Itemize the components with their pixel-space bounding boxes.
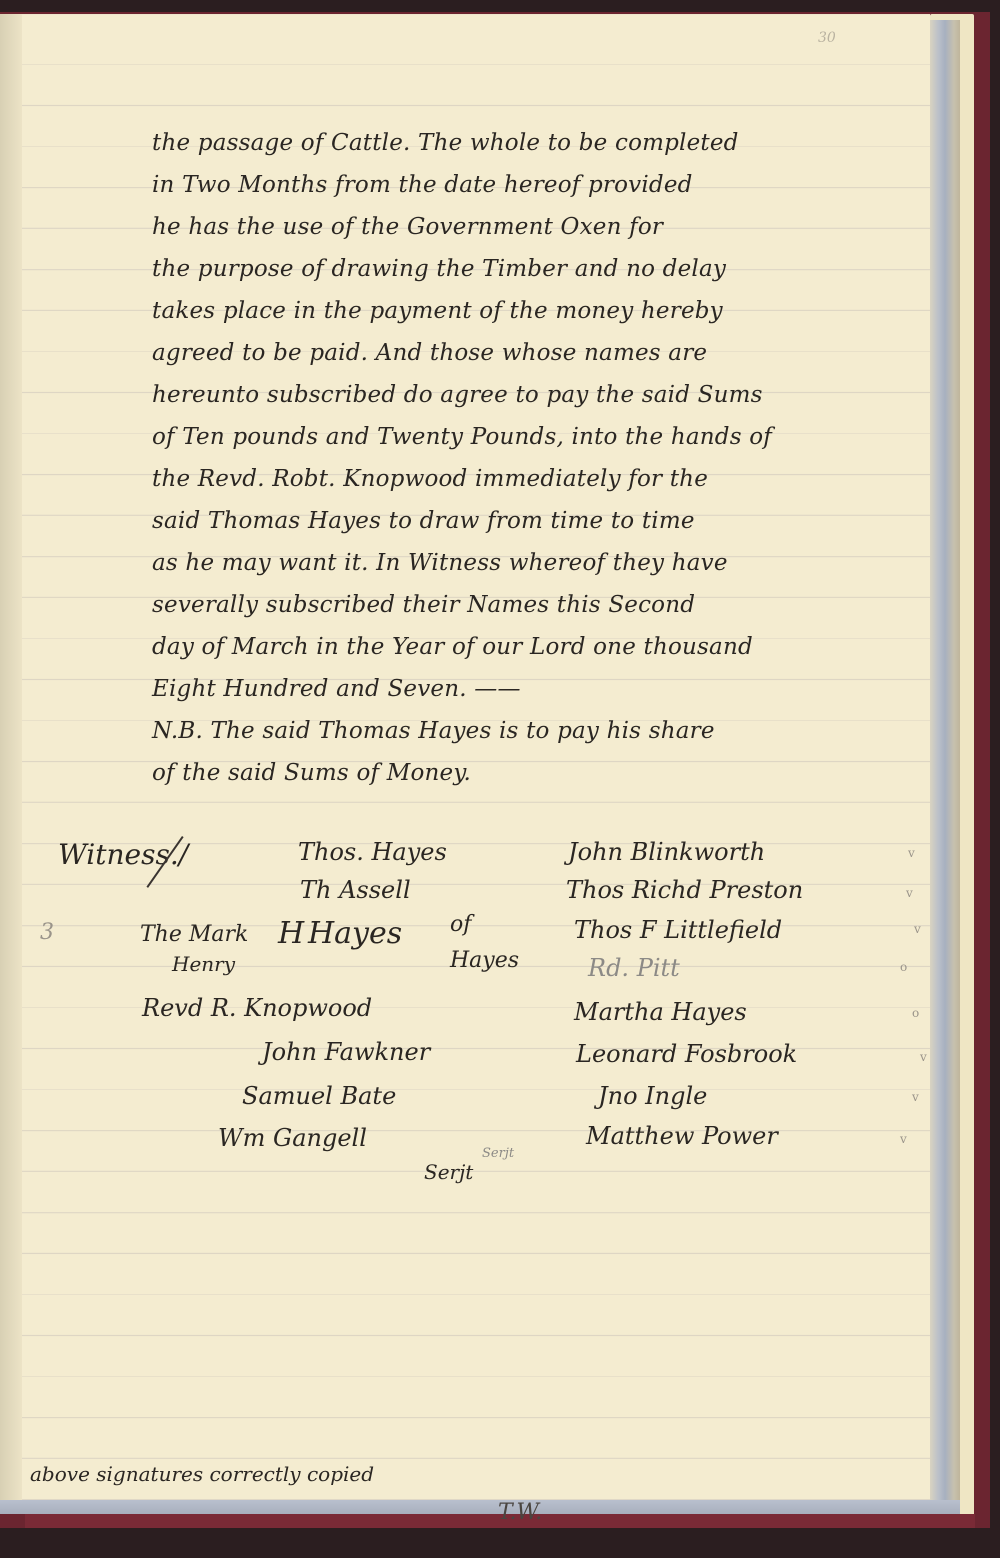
tick-mark: v bbox=[908, 846, 915, 860]
body-line: severally subscribed their Names this Se… bbox=[152, 592, 695, 618]
mark-symbol: H bbox=[278, 916, 304, 951]
body-line: said Thomas Hayes to draw from time to t… bbox=[152, 508, 695, 534]
body-line: of Ten pounds and Twenty Pounds, into th… bbox=[152, 424, 772, 450]
mark-of: of bbox=[450, 912, 471, 937]
signature-right: Rd. Pitt bbox=[588, 954, 680, 982]
tick-mark: v bbox=[900, 1132, 907, 1146]
body-line: hereunto subscribed do agree to pay the … bbox=[152, 382, 763, 408]
body-line: of the said Sums of Money. bbox=[152, 760, 471, 786]
body-line: the Revd. Robt. Knopwood immediately for… bbox=[152, 466, 708, 492]
signature-thos-hayes: Thos. Hayes bbox=[298, 838, 447, 866]
signature-revd-knopwood: Revd R. Knopwood bbox=[142, 994, 372, 1022]
signature-th-assell: Th Assell bbox=[300, 876, 411, 904]
mark-henry: Henry bbox=[172, 952, 235, 976]
footer-initials: T.W. bbox=[498, 1500, 542, 1525]
signature-right: Thos F Littlefield bbox=[574, 916, 782, 944]
mark-label: The Mark bbox=[140, 922, 248, 947]
page-stack-right bbox=[930, 20, 960, 1500]
body-line: takes place in the payment of the money … bbox=[152, 298, 723, 324]
signature-john-fawkner: John Fawkner bbox=[262, 1038, 430, 1066]
body-line: he has the use of the Government Oxen fo… bbox=[152, 214, 663, 240]
body-line: agreed to be paid. And those whose names… bbox=[152, 340, 707, 366]
page-number: 30 bbox=[818, 30, 836, 46]
body-line: day of March in the Year of our Lord one… bbox=[152, 634, 753, 660]
cover-right-edge bbox=[990, 0, 1000, 1558]
signature-hayes-mark: Hayes bbox=[308, 916, 402, 951]
body-line: in Two Months from the date hereof provi… bbox=[152, 172, 693, 198]
cover-top-edge bbox=[0, 0, 1000, 12]
margin-mark: 3 bbox=[40, 920, 54, 945]
page-gutter bbox=[0, 14, 22, 1500]
tick-mark: v bbox=[912, 1090, 919, 1104]
signature-serjt: Serjt bbox=[424, 1160, 473, 1184]
tick-mark: v bbox=[906, 886, 913, 900]
body-line: the purpose of drawing the Timber and no… bbox=[152, 256, 726, 282]
mark-hayes-second: Hayes bbox=[450, 948, 519, 973]
signature-samuel-bate: Samuel Bate bbox=[242, 1082, 396, 1110]
tick-mark: o bbox=[900, 960, 907, 974]
body-line: Eight Hundred and Seven. —— bbox=[152, 676, 521, 702]
body-line: N.B. The said Thomas Hayes is to pay his… bbox=[152, 718, 715, 744]
signature-wm-gangell: Wm Gangell bbox=[218, 1124, 367, 1152]
signature-right: John Blinkworth bbox=[568, 838, 765, 866]
body-line: as he may want it. In Witness whereof th… bbox=[152, 550, 728, 576]
tick-mark: o bbox=[912, 1006, 919, 1020]
tick-mark: v bbox=[914, 922, 921, 936]
signature-right: Thos Richd Preston bbox=[566, 876, 803, 904]
signature-right: Matthew Power bbox=[586, 1122, 778, 1150]
signature-right: Leonard Fosbrook bbox=[576, 1040, 797, 1068]
signature-right: Martha Hayes bbox=[574, 998, 747, 1026]
tick-mark: v bbox=[920, 1050, 927, 1064]
signature-right: Jno Ingle bbox=[598, 1082, 707, 1110]
body-line: the passage of Cattle. The whole to be c… bbox=[152, 130, 739, 156]
page-stack-bottom bbox=[0, 1500, 960, 1514]
cover-bottom-edge bbox=[0, 1528, 1000, 1558]
footer-note: above signatures correctly copied bbox=[30, 1462, 374, 1486]
annotation-serjt-faint: Serjt bbox=[482, 1146, 514, 1161]
